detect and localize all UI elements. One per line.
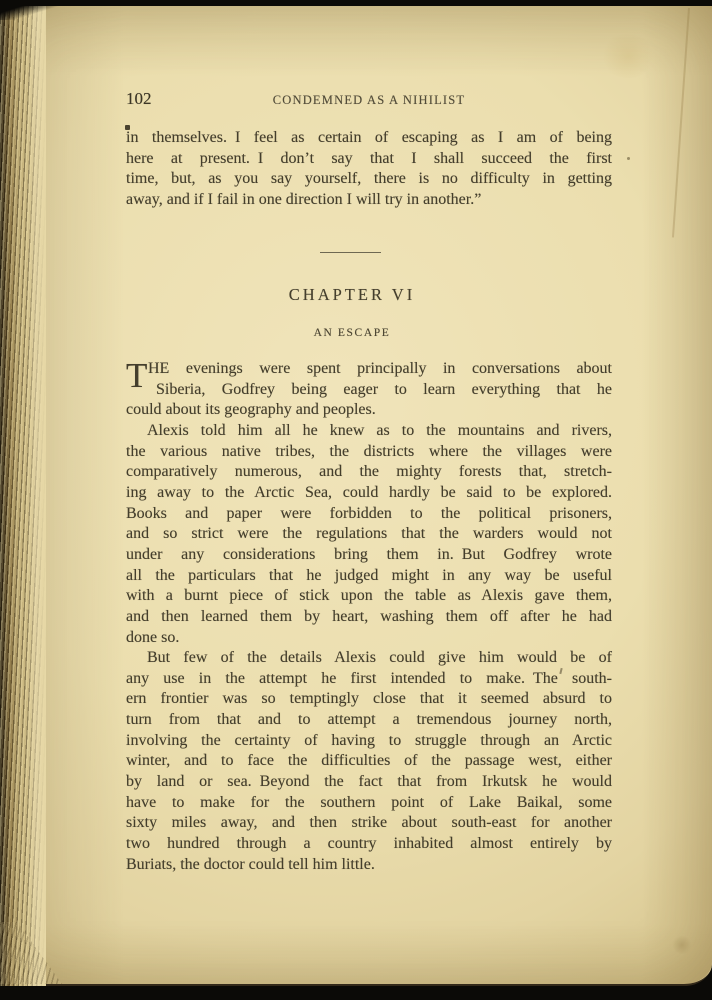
text-line: all the particulars that he judged might… [126, 566, 612, 587]
text-line: done so. [126, 628, 612, 649]
paper-speck [627, 157, 630, 160]
book-scan: 102 CONDEMNED AS A NIHILIST in themselve… [0, 0, 712, 1000]
paper-stain [600, 34, 656, 78]
text-line: the various native tribes, the districts… [126, 442, 612, 463]
text-line: in themselves. I feel as certain of esca… [126, 128, 612, 149]
text-line: winter, and to face the difficulties of … [126, 751, 612, 772]
text-line: Books and paper were forbidden to the po… [126, 504, 612, 525]
section-divider-rule [320, 252, 381, 253]
page-crease [672, 8, 690, 238]
text-line: comparatively numerous, and the mighty f… [126, 462, 612, 483]
running-header: CONDEMNED AS A NIHILIST [126, 93, 612, 108]
text-line: with a burnt piece of stick upon the tab… [126, 586, 612, 607]
body-paragraph: But few of the details Alexis could give… [126, 648, 612, 875]
paragraph-lines: HE evenings were spent principally in co… [126, 359, 612, 421]
paper-stain [672, 936, 692, 954]
scan-corner-shadow [0, 0, 64, 20]
chapter-heading: CHAPTER VI [109, 285, 595, 305]
drop-cap-letter: T [126, 359, 148, 397]
text-line: ing away to the Arctic Sea, could hardly… [126, 483, 612, 504]
opening-paragraph: in themselves. I feel as certain of esca… [126, 128, 612, 211]
text-line: under any considerations bring them in. … [126, 545, 612, 566]
text-line: Siberia, Godfrey being eager to learn ev… [126, 380, 612, 401]
body-paragraph: Alexis told him all he knew as to the mo… [126, 421, 612, 648]
text-line: ern frontier was so temptingly close tha… [126, 689, 612, 710]
text-line: Alexis told him all he knew as to the mo… [126, 421, 612, 442]
text-line: sixty miles away, and then strike about … [126, 813, 612, 834]
text-line: HE evenings were spent principally in co… [126, 359, 612, 380]
text-line: away, and if I fail in one direction I w… [126, 190, 612, 211]
text-line: time, but, as you say yourself, there is… [126, 169, 612, 190]
text-line: and so strict were the regulations that … [126, 524, 612, 545]
text-line: involving the certainty of having to str… [126, 731, 612, 752]
book-page-edges [0, 6, 46, 986]
chapter-opening-paragraph: T HE evenings were spent principally in … [126, 359, 612, 421]
page-header: 102 CONDEMNED AS A NIHILIST [126, 90, 612, 110]
text-line: here at present. I don’t say that I shal… [126, 149, 612, 170]
text-line: and then learned them by heart, washing … [126, 607, 612, 628]
text-line: two hundred through a country inhabited … [126, 834, 612, 855]
text-line: turn from that and to attempt a tremendo… [126, 710, 612, 731]
text-line: could about its geography and peoples. [126, 400, 612, 421]
text-line: have to make for the southern point of L… [126, 793, 612, 814]
chapter-subtitle: AN ESCAPE [109, 326, 595, 340]
text-line: Buriats, the doctor could tell him littl… [126, 855, 612, 876]
text-line: But few of the details Alexis could give… [126, 648, 612, 669]
text-line: by land or sea. Beyond the fact that fro… [126, 772, 612, 793]
text-line: any use in the attempt he first intended… [126, 669, 612, 690]
book-page: 102 CONDEMNED AS A NIHILIST in themselve… [4, 6, 712, 986]
